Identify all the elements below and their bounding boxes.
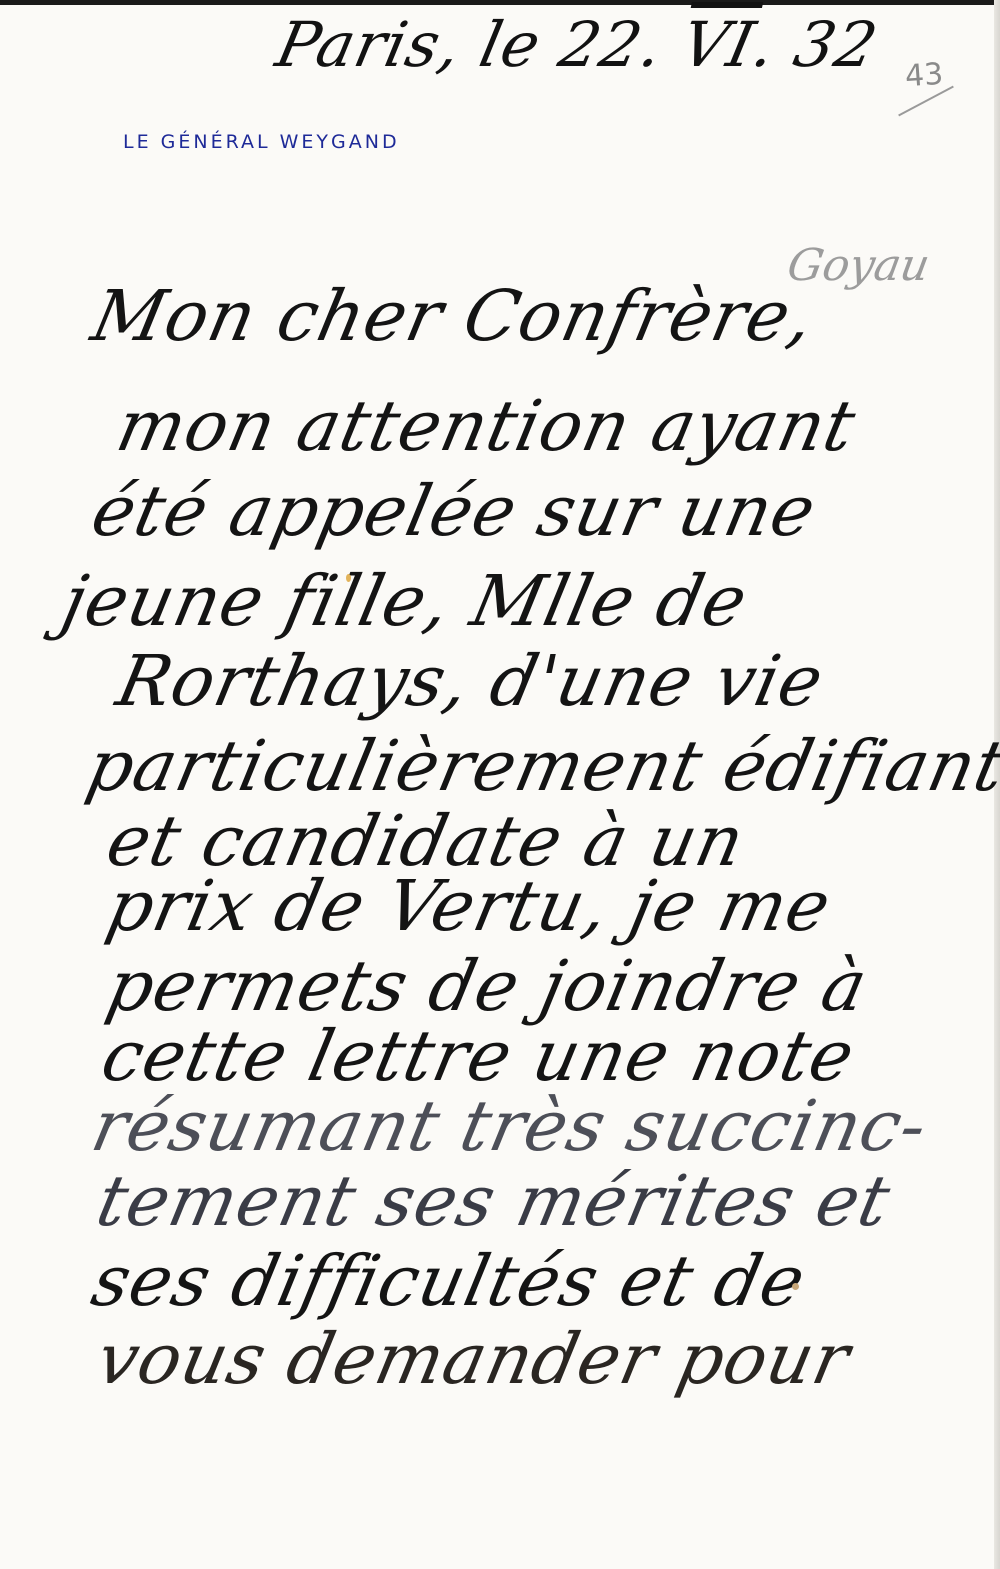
archive-folio-number: 43 [904, 57, 945, 95]
scan-top-border [0, 0, 1000, 5]
letter-line: mon attention ayant [110, 385, 863, 467]
date-year: 32 [788, 8, 884, 81]
date-day: 22 [553, 8, 649, 81]
paper-stain [346, 574, 351, 582]
date-month: VI [675, 8, 762, 81]
letter-line: jeune fille, Mlle de [55, 560, 755, 642]
date-line: Paris, le 22. VI. 32 [270, 8, 884, 81]
letter-line: résumant très succinc- [85, 1085, 935, 1167]
letter-line: tement ses mérites et [90, 1160, 898, 1242]
letter-line: ses difficultés et de [85, 1240, 813, 1322]
letter-line: vous demander pour [90, 1318, 857, 1400]
letter-line: été appelée sur une [85, 470, 823, 552]
paper-stain [792, 1283, 799, 1290]
letterhead: LE GÉNÉRAL WEYGAND [123, 131, 400, 153]
date-place: Paris, le [270, 8, 548, 81]
letter-line: prix de Vertu, je me [100, 865, 838, 947]
letter-line: Rorthays, d'une vie [110, 640, 831, 722]
letter-line-salutation: Mon cher Confrère, [85, 275, 822, 357]
letter-line: particulièrement édifiante [80, 725, 1000, 807]
